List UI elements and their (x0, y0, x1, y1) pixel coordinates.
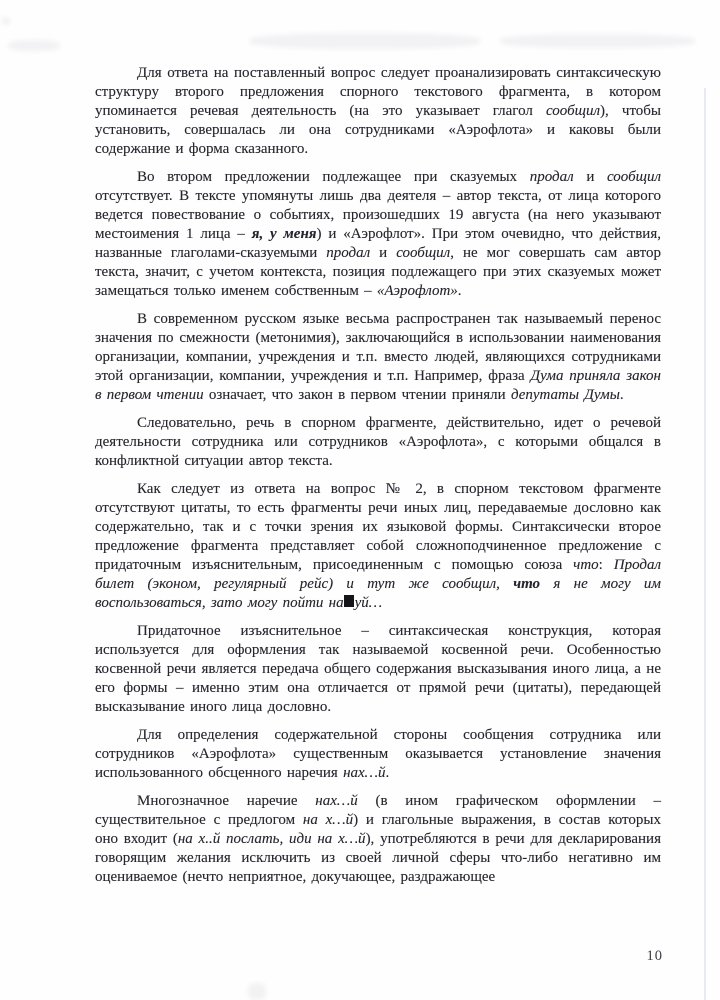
scan-noise-top (250, 33, 480, 49)
text-segment: я, у меня (252, 226, 317, 242)
text-segment: нах…й (343, 765, 385, 781)
text-segment: Во втором предложении подлежащее при ска… (137, 169, 530, 185)
text-segment: продал (530, 169, 574, 185)
text-segment: означает, что закон в первом чтении прин… (204, 387, 511, 403)
text-segment: что (573, 557, 599, 573)
paragraph-6: Придаточное изъяснительное – синтаксичес… (95, 622, 661, 717)
text-segment: уй… (355, 595, 383, 611)
text-segment: Многозначное наречие (137, 793, 315, 809)
redaction-box (344, 595, 354, 607)
scan-noise-top (8, 40, 60, 51)
text-segment: сообщил (546, 103, 600, 119)
scan-noise-bottom (248, 983, 266, 1000)
text-segment: депутаты Думы (511, 387, 620, 403)
text-segment: «Аэрофлот» (377, 283, 458, 299)
text-segment: и (574, 169, 607, 185)
text-segment: и (370, 245, 396, 261)
scan-noise-top (2, 17, 10, 25)
text-segment: на х…й (303, 812, 353, 828)
page-number: 10 (647, 948, 664, 965)
text-segment: сообщил (396, 245, 450, 261)
text-segment: нах…й (315, 793, 357, 809)
paragraph-7: Для определения содержательной стороны с… (95, 726, 661, 783)
text-segment: на х..й послать, иди на х…й (178, 831, 366, 847)
text-segment: : (599, 557, 614, 573)
text-segment: сообщил (607, 169, 661, 185)
text-segment: что (513, 576, 540, 592)
paragraph-4: Следовательно, речь в спорном фрагменте,… (95, 414, 661, 471)
text-segment: . (458, 283, 462, 299)
text-segment: Придаточное изъяснительное – синтаксичес… (95, 623, 661, 715)
paragraph-1: Для ответа на поставленный вопрос следуе… (95, 64, 661, 159)
paragraph-8: Многозначное наречие нах…й (в ином графи… (95, 792, 661, 887)
scan-noise-top (500, 34, 695, 48)
text-segment: . (620, 387, 624, 403)
text-segment: продал (326, 245, 370, 261)
paragraph-5: Как следует из ответа на вопрос № 2, в с… (95, 480, 661, 613)
text-segment: Следовательно, речь в спорном фрагменте,… (95, 415, 661, 469)
text-segment: . (386, 765, 390, 781)
scan-edge-shadow (704, 88, 706, 1000)
document-text: Для ответа на поставленный вопрос следуе… (95, 64, 661, 896)
paragraph-2: Во втором предложении подлежащее при ска… (95, 168, 661, 301)
paragraph-3: В современном русском языке весьма распр… (95, 310, 661, 405)
scanned-document-page: Для ответа на поставленный вопрос следуе… (0, 0, 720, 1000)
